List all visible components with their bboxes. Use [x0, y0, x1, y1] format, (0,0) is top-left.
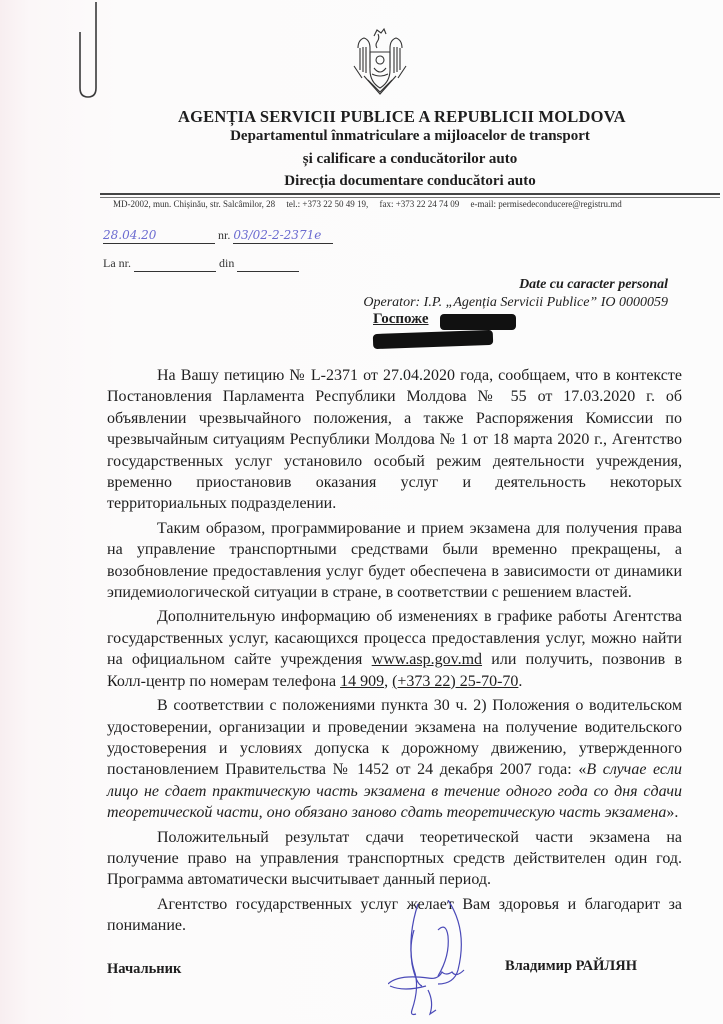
coat-of-arms-icon — [350, 22, 410, 98]
la-nr-field — [134, 256, 216, 272]
contact-email: e-mail: permisedeconducere@registru.md — [471, 199, 622, 209]
header-divider — [100, 193, 720, 195]
personal-data-title: Date cu caracter personal — [363, 276, 668, 294]
phone-link-2[interactable]: (+373 22) 25-70-70 — [392, 673, 518, 690]
registration-date: 28.04.20 — [103, 228, 156, 242]
registration-number: 03/02-2-2371e — [233, 228, 321, 242]
personal-data-operator: Operator: I.P. „Agenția Servicii Publice… — [363, 294, 668, 312]
din-label: din — [219, 256, 234, 270]
paperclip-icon — [72, 0, 104, 100]
directorate-name: Direcția documentare conducători auto — [100, 173, 720, 190]
letter-body: На Вашу петицию № L-2371 от 27.04.2020 г… — [107, 365, 682, 937]
paragraph-1: На Вашу петицию № L-2371 от 27.04.2020 г… — [107, 365, 682, 515]
paragraph-5: Положительный результат сдачи теоретичес… — [107, 827, 682, 891]
signatory-title: Начальник — [107, 961, 181, 978]
reference-line: La nr. din — [103, 256, 299, 272]
handwritten-signature-icon — [388, 900, 498, 1024]
registration-date-field: 28.04.20 — [103, 228, 215, 244]
agency-name: AGENȚIA SERVICII PUBLICE A REPUBLICII MO… — [178, 107, 626, 127]
phone-link-1[interactable]: 14 909 — [340, 673, 384, 690]
contact-address: MD-2002, mun. Chișinău, str. Salcâmilor,… — [113, 199, 275, 209]
paragraph-4: В соответствии с положениями пункта 30 ч… — [107, 695, 682, 823]
nr-label: nr. — [218, 228, 230, 242]
department-line-1: Departamentul înmatriculare a mijloacelo… — [100, 128, 720, 145]
addressee-salutation: Госпоже — [373, 311, 429, 328]
contact-fax: fax: +373 22 24 74 09 — [379, 199, 459, 209]
contact-line: MD-2002, mun. Chișinău, str. Salcâmilor,… — [113, 199, 713, 209]
personal-data-notice: Date cu caracter personal Operator: I.P.… — [363, 276, 668, 312]
registration-line: 28.04.20 nr. 03/02-2-2371e — [103, 228, 333, 244]
website-link[interactable]: www.asp.gov.md — [372, 651, 482, 668]
paragraph-3: Дополнительную информацию об изменениях … — [107, 606, 682, 692]
contact-tel: tel.: +373 22 50 49 19, — [286, 199, 368, 209]
redacted-name — [440, 314, 516, 330]
header-divider-thin — [100, 197, 720, 198]
department-line-2: și calificare a conducătorilor auto — [100, 151, 720, 168]
signatory-name: Владимир РАЙЛЯН — [505, 958, 637, 975]
registration-number-field: 03/02-2-2371e — [233, 228, 333, 244]
din-field — [237, 256, 299, 272]
la-nr-label: La nr. — [103, 256, 131, 270]
paragraph-2: Таким образом, программирование и прием … — [107, 518, 682, 604]
redacted-surname — [373, 330, 493, 349]
document-page: AGENȚIA SERVICII PUBLICE A REPUBLICII MO… — [0, 0, 723, 1024]
